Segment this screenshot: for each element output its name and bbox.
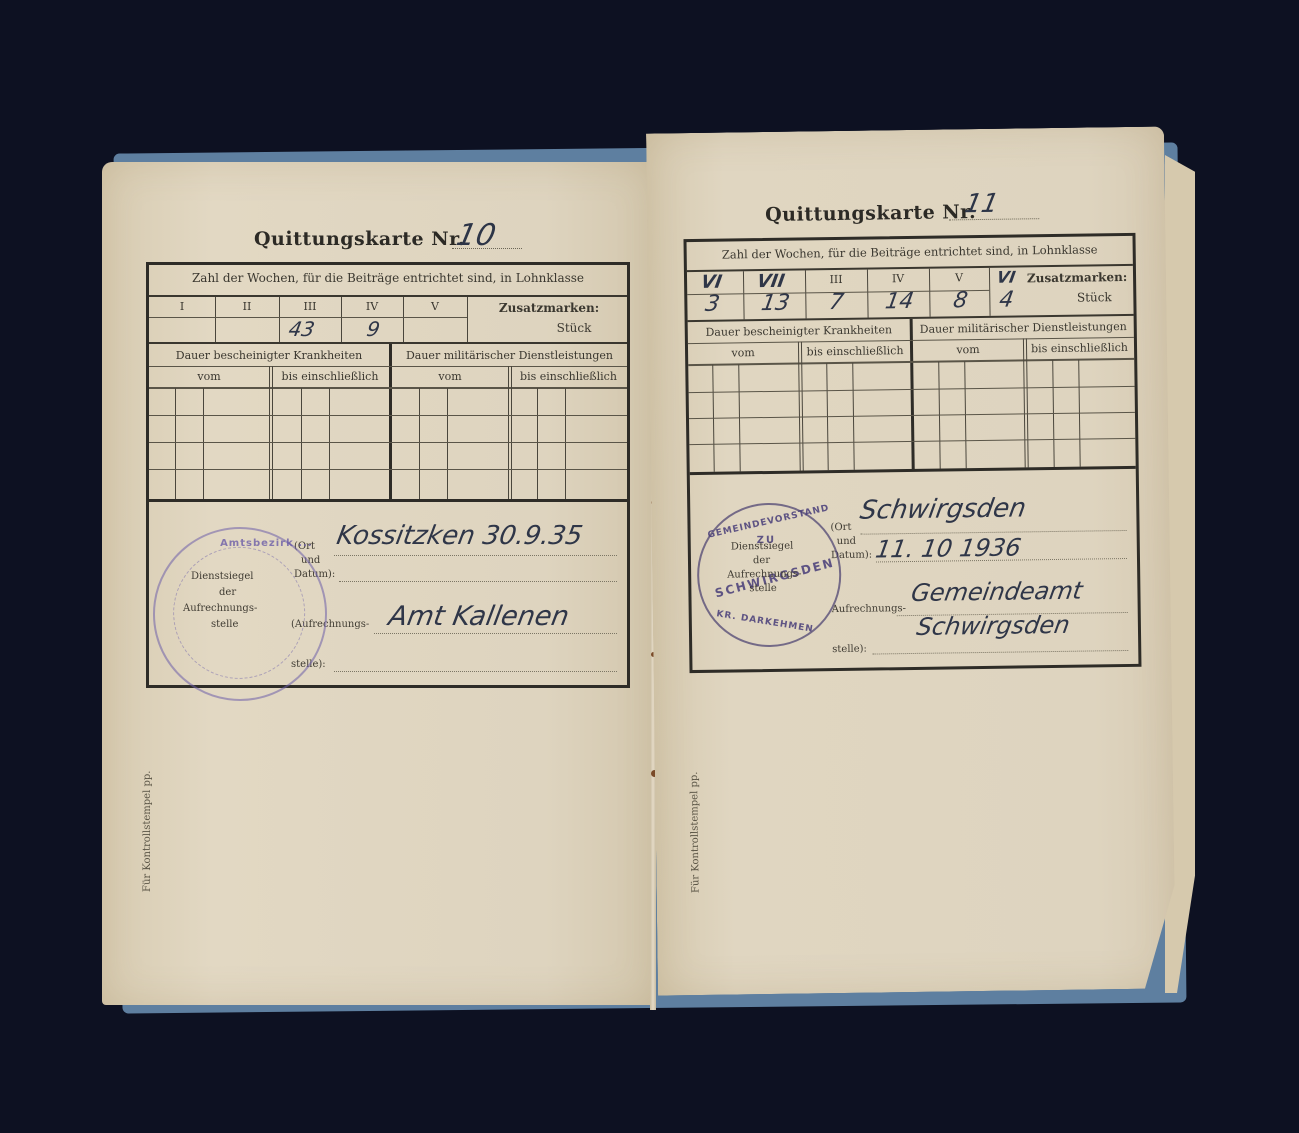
extra-stamps-unit: Stück [1057,290,1131,305]
extra-stamps-unit: Stück [529,321,619,335]
wage-class-label: V [403,300,467,313]
official-seal-stamp: Amtsbezirk ... [142,516,339,713]
wage-class-label: IV [341,300,403,313]
military-header: Dauer militärischer Dienstleistungen [913,320,1134,336]
military-from-label: vom [913,342,1023,357]
illness-to-label: bis einschließlich [271,370,389,383]
form-header-row: Zahl der Wochen, für die Beiträge entric… [149,265,627,297]
weeks-class-vi: 3 [703,292,721,317]
illness-header: Dauer bescheinigter Krankheiten [688,323,910,339]
left-page: Quittungskarte Nr. 10 Zahl der Wochen, f… [102,162,656,1005]
weeks-class-iv: 14 [883,289,915,314]
stamp-label-4: stelle [211,619,238,630]
place-value: Schwirgsden [858,493,1028,525]
card-number: 10 [453,218,499,253]
illness-to-label: bis einschließlich [800,344,910,359]
card-title: Quittungskarte Nr. [765,201,976,226]
place-date-value: Kossitzken 30.9.35 [334,521,585,551]
date-value: 11. 10 1936 [874,533,1024,563]
weeks-class-iii: 43 [287,317,317,341]
weeks-class-v: 8 [951,288,969,313]
wage-class-label: IV [867,272,929,286]
stamp-label-1: Dienstsiegel [191,571,254,582]
card-number: 11 [962,189,1001,220]
stamp-label-3: Aufrechnungs- [183,603,257,614]
card-title: Quittungskarte Nr. [254,228,465,250]
wage-class-row: VI VII III IV V 3 13 7 14 8 VI 4 Zusatzm… [687,266,1134,322]
stamp-label-4: stelle [749,583,777,594]
wage-class-label: III [805,273,867,287]
wage-class-override: VI [699,272,723,293]
military-from-label: vom [392,370,508,383]
military-to-label: bis einschließlich [510,370,627,383]
stamp-label-3: Aufrechnungs- [727,569,801,581]
office-label-2: stelle): [832,644,867,655]
office-value: Amt Kallenen [386,601,571,632]
contribution-form: Zahl der Wochen, für die Beiträge entric… [146,262,630,688]
extra-class-label: VI [996,267,1017,286]
wage-class-label: II [215,300,279,313]
form-header: Zahl der Wochen, für die Beiträge entric… [149,271,627,285]
military-header: Dauer militärischer Dienstleistungen [392,349,627,362]
and-label: und [837,536,856,547]
extra-stamps-label: Zusatzmarken: [479,301,619,315]
weeks-class-iii: 7 [827,290,845,315]
illness-header: Dauer bescheinigter Krankheiten [149,349,389,362]
control-stamp-note: Für Kontrollstempel pp. [689,772,702,894]
stamp-ring-bottom: KR. DARKEHMEN [716,609,815,635]
control-stamp-note: Für Kontrollstempel pp. [142,771,153,892]
contribution-form: Zahl der Wochen, für die Beiträge entric… [683,233,1141,673]
illness-from-label: vom [688,346,798,361]
wage-class-label: III [279,300,341,313]
office-value-1: Gemeindeamt [909,577,1084,607]
weeks-class-vii: 13 [759,291,791,316]
stamp-label-2: der [219,587,236,598]
stamp-ring-text: Amtsbezirk ... [220,538,313,549]
stamp-label-2: der [753,555,770,566]
office-value-2: Schwirgsden [915,611,1072,641]
office-label: Aufrechnungs- [832,603,906,615]
extra-stamps-label: Zusatzmarken: [1023,270,1131,286]
wage-class-label: V [929,271,989,285]
illness-from-label: vom [149,370,269,383]
weeks-class-vi-extra: 4 [997,288,1015,313]
weeks-class-iv: 9 [365,317,382,341]
right-page: Quittungskarte Nr. 11 Zahl der Wochen, f… [646,126,1176,995]
form-header: Zahl der Wochen, für die Beiträge entric… [687,242,1133,262]
wage-class-row: I II III IV V 43 9 Zusatzmarken: Stück [149,297,627,344]
stamp-label-1: Dienstsiegel [731,541,794,553]
military-to-label: bis einschließlich [1025,341,1134,356]
wage-class-override: VII [755,271,786,292]
wage-class-label: I [149,300,215,313]
place-label: (Ort [830,522,851,533]
